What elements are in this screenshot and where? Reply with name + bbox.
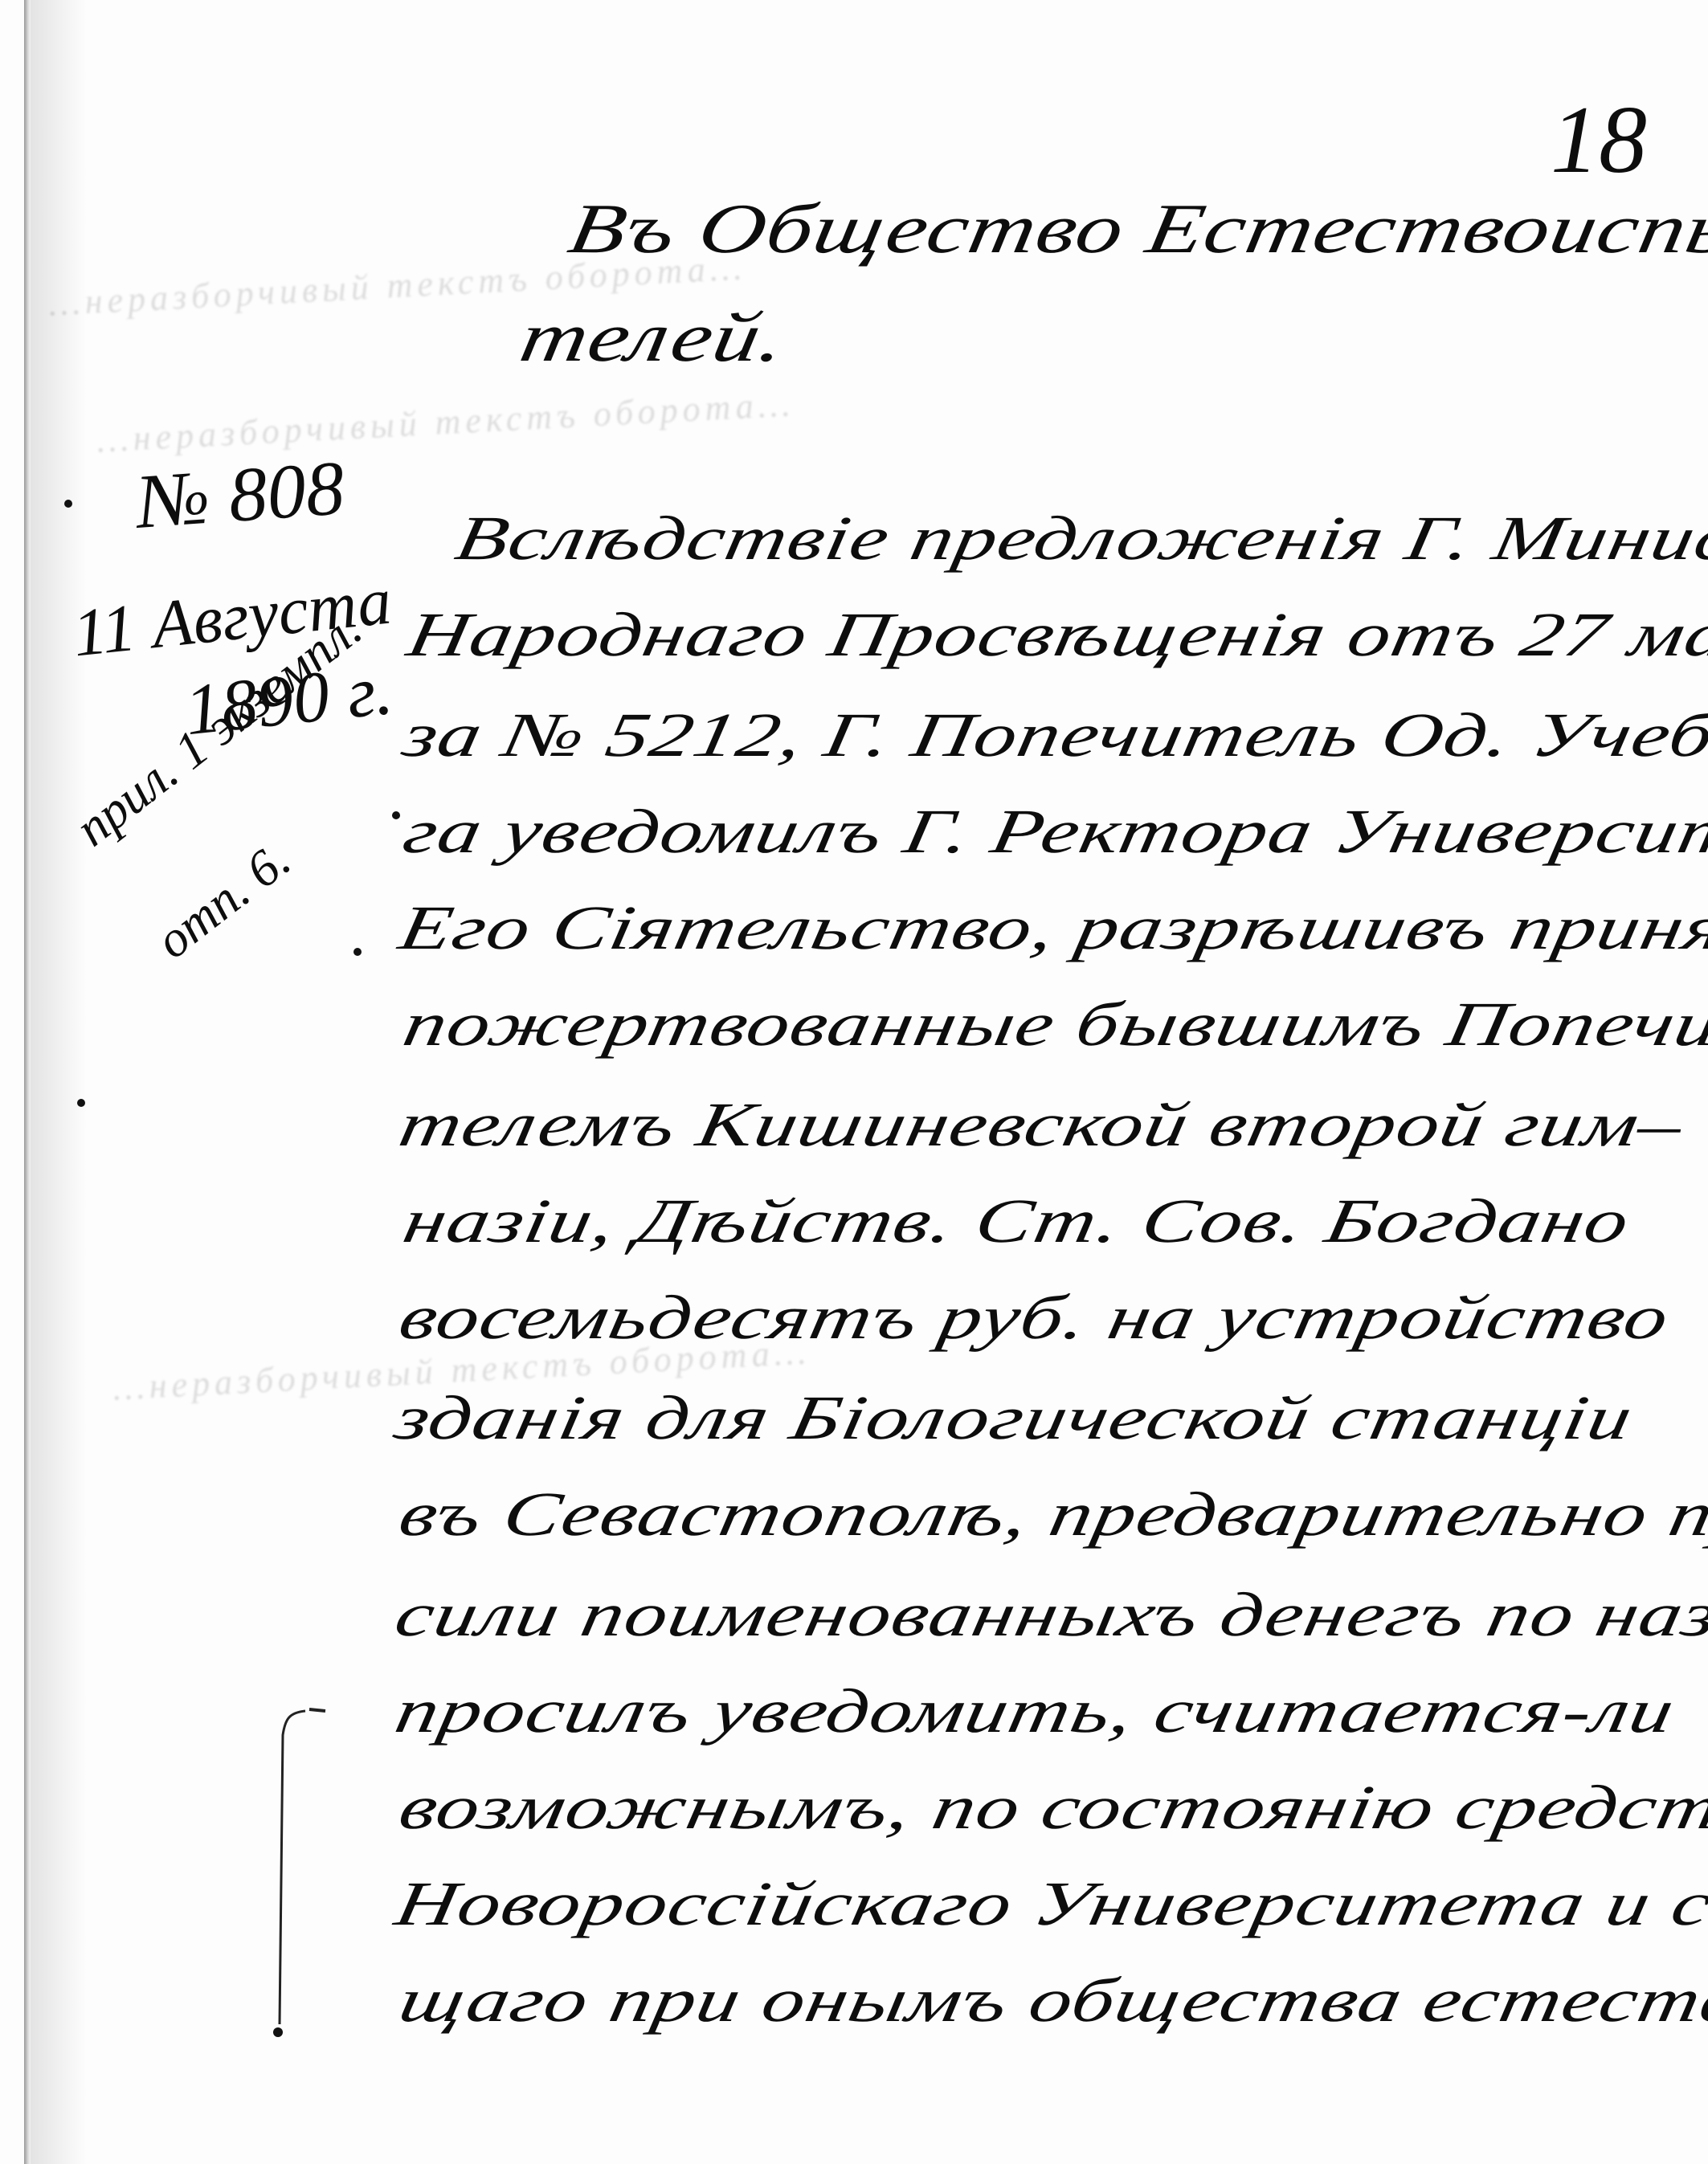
body-line-15: Новороссійскаго Университета и состоя– xyxy=(390,1868,1708,1940)
body-line-8: назіи, Дѣйств. Ст. Сов. Богдано xyxy=(398,1185,1636,1257)
page-binding-shadow xyxy=(31,0,87,2164)
page-binding-edge xyxy=(24,0,31,2164)
addressee-heading-line-1: Въ Общество Естествоиспыта– xyxy=(562,189,1708,270)
pencil-bracket-mark xyxy=(265,1703,329,2088)
body-line-1: Вслѣдствіе предложенія Г. Министра xyxy=(450,502,1708,574)
body-line-7: телемъ Кишиневской второй гим– xyxy=(394,1088,1689,1161)
registration-number: № 808 xyxy=(133,443,347,546)
body-line-12: сили поименованныхъ денегъ по назначенію xyxy=(390,1578,1708,1651)
body-line-10: зданія для Біологической станціи xyxy=(390,1382,1639,1454)
document-page: …неразборчивый текстъ оборота… …неразбор… xyxy=(0,0,1708,2164)
body-line-4: га уведомилъ Г. Ректора Университета, чт… xyxy=(398,795,1708,868)
body-line-5: Его Сіятельство, разрѣшивъ принять xyxy=(394,892,1708,964)
body-line-9: восемьдесятъ руб. на устройство xyxy=(394,1281,1675,1354)
body-line-11: въ Севастополѣ, предварительно про– xyxy=(394,1478,1708,1550)
ink-dot xyxy=(353,948,362,956)
body-line-14: возможнымъ, по состоянію средствъ xyxy=(394,1771,1708,1843)
margin-annotation-2: отп. 6. xyxy=(145,830,301,970)
body-line-13: просилъ уведомить, считается-ли xyxy=(390,1675,1681,1747)
body-line-6: пожертвованные бывшимъ Попечи– xyxy=(398,988,1708,1060)
body-line-2: Народнаго Просвѣщенія отъ 27 марта xyxy=(402,598,1708,671)
ink-dot xyxy=(64,500,72,508)
ink-dot xyxy=(77,1099,85,1107)
body-line-16: щаго при онымъ общества естество– xyxy=(394,1964,1708,2036)
addressee-heading-line-2: телей. xyxy=(514,297,792,378)
page-number: 18 xyxy=(1551,84,1647,195)
body-line-3: за № 5212, Г. Попечитель Од. Учебнаго Ок… xyxy=(398,699,1708,771)
bleed-through-text: …неразборчивый текстъ оборота… xyxy=(96,383,795,460)
ink-dot xyxy=(392,811,400,819)
